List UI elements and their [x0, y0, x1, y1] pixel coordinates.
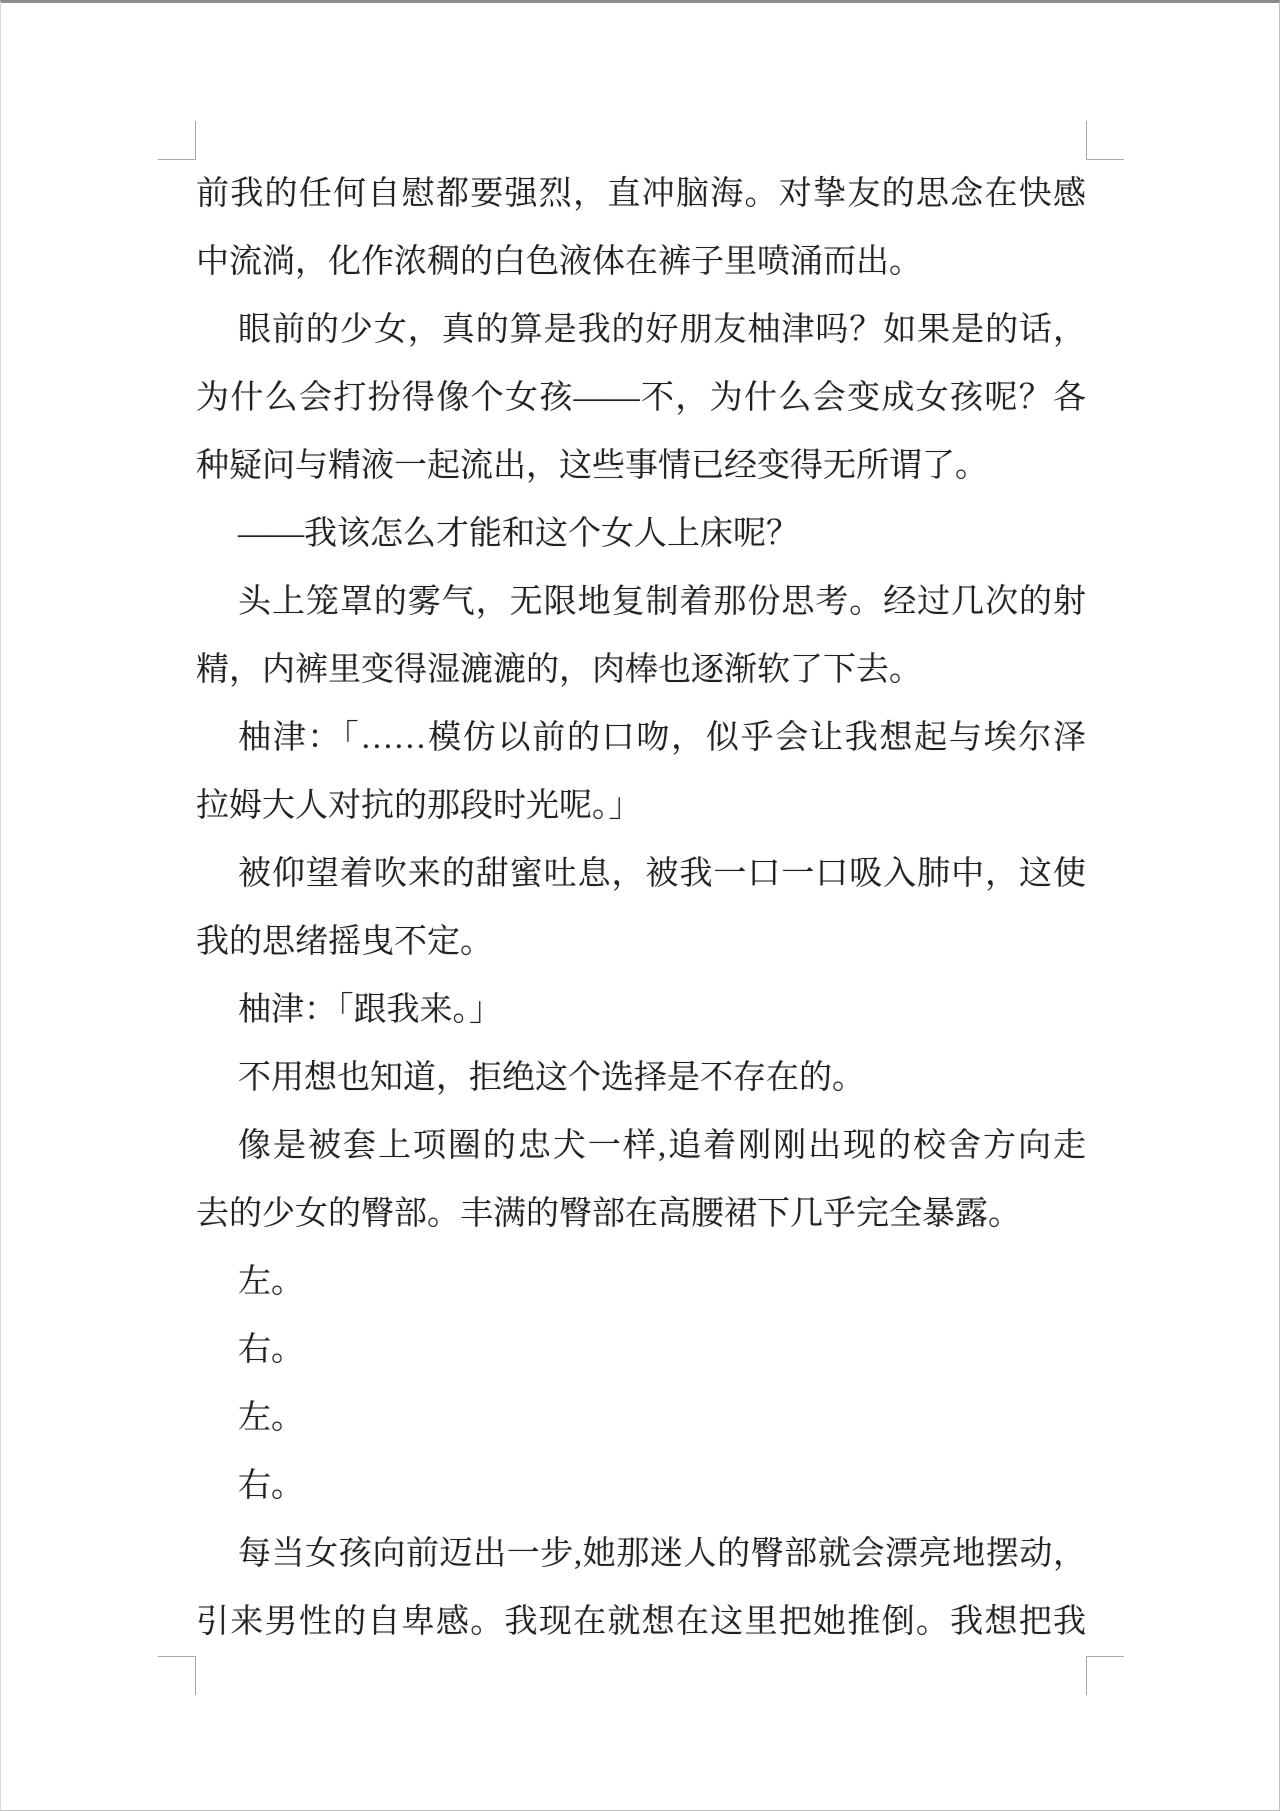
- document-page: 前我的任何自慰都要强烈，直冲脑海。对挚友的思念在快感 中流淌，化作浓稠的白色液体…: [0, 0, 1280, 1811]
- text-line: 每当女孩向前迈出一步,她那迷人的臀部就会漂亮地摆动，: [196, 1520, 1086, 1588]
- text-line: 眼前的少女，真的算是我的好朋友柚津吗？如果是的话，: [196, 296, 1086, 364]
- text-line: 去的少女的臀部。丰满的臀部在高腰裙下几乎完全暴露。: [196, 1180, 1086, 1248]
- text-line: 中流淌，化作浓稠的白色液体在裤子里喷涌而出。: [196, 228, 1086, 296]
- text-line: 为什么会打扮得像个女孩——不，为什么会变成女孩呢？各: [196, 364, 1086, 432]
- text-line: 像是被套上项圈的忠犬一样,追着刚刚出现的校舍方向走: [196, 1112, 1086, 1180]
- text-line: 精，内裤里变得湿漉漉的，肉棒也逐渐软了下去。: [196, 636, 1086, 704]
- text-line: 左。: [196, 1384, 1086, 1452]
- text-line: 拉姆大人对抗的那段时光呢。」: [196, 772, 1086, 840]
- text-line: 不用想也知道，拒绝这个选择是不存在的。: [196, 1044, 1086, 1112]
- text-line: 我的思绪摇曳不定。: [196, 908, 1086, 976]
- crop-mark-bottom-left-icon: [158, 1656, 196, 1695]
- text-line: 引来男性的自卑感。我现在就想在这里把她推倒。我想把我: [196, 1588, 1086, 1656]
- text-line: 种疑问与精液一起流出，这些事情已经变得无所谓了。: [196, 432, 1086, 500]
- text-line: 前我的任何自慰都要强烈，直冲脑海。对挚友的思念在快感: [196, 160, 1086, 228]
- text-line: 柚津：「跟我来。」: [196, 976, 1086, 1044]
- text-line: 头上笼罩的雾气，无限地复制着那份思考。经过几次的射: [196, 568, 1086, 636]
- crop-mark-top-right-icon: [1086, 121, 1124, 160]
- crop-mark-top-left-icon: [158, 121, 196, 160]
- text-line: ——我该怎么才能和这个女人上床呢？: [196, 500, 1086, 568]
- text-line: 左。: [196, 1248, 1086, 1316]
- text-area: 前我的任何自慰都要强烈，直冲脑海。对挚友的思念在快感 中流淌，化作浓稠的白色液体…: [196, 160, 1086, 1656]
- text-line: 右。: [196, 1452, 1086, 1520]
- text-line: 被仰望着吹来的甜蜜吐息，被我一口一口吸入肺中，这使: [196, 840, 1086, 908]
- crop-mark-bottom-right-icon: [1086, 1656, 1124, 1695]
- text-line: 柚津：「……模仿以前的口吻，似乎会让我想起与埃尔泽: [196, 704, 1086, 772]
- text-line: 右。: [196, 1316, 1086, 1384]
